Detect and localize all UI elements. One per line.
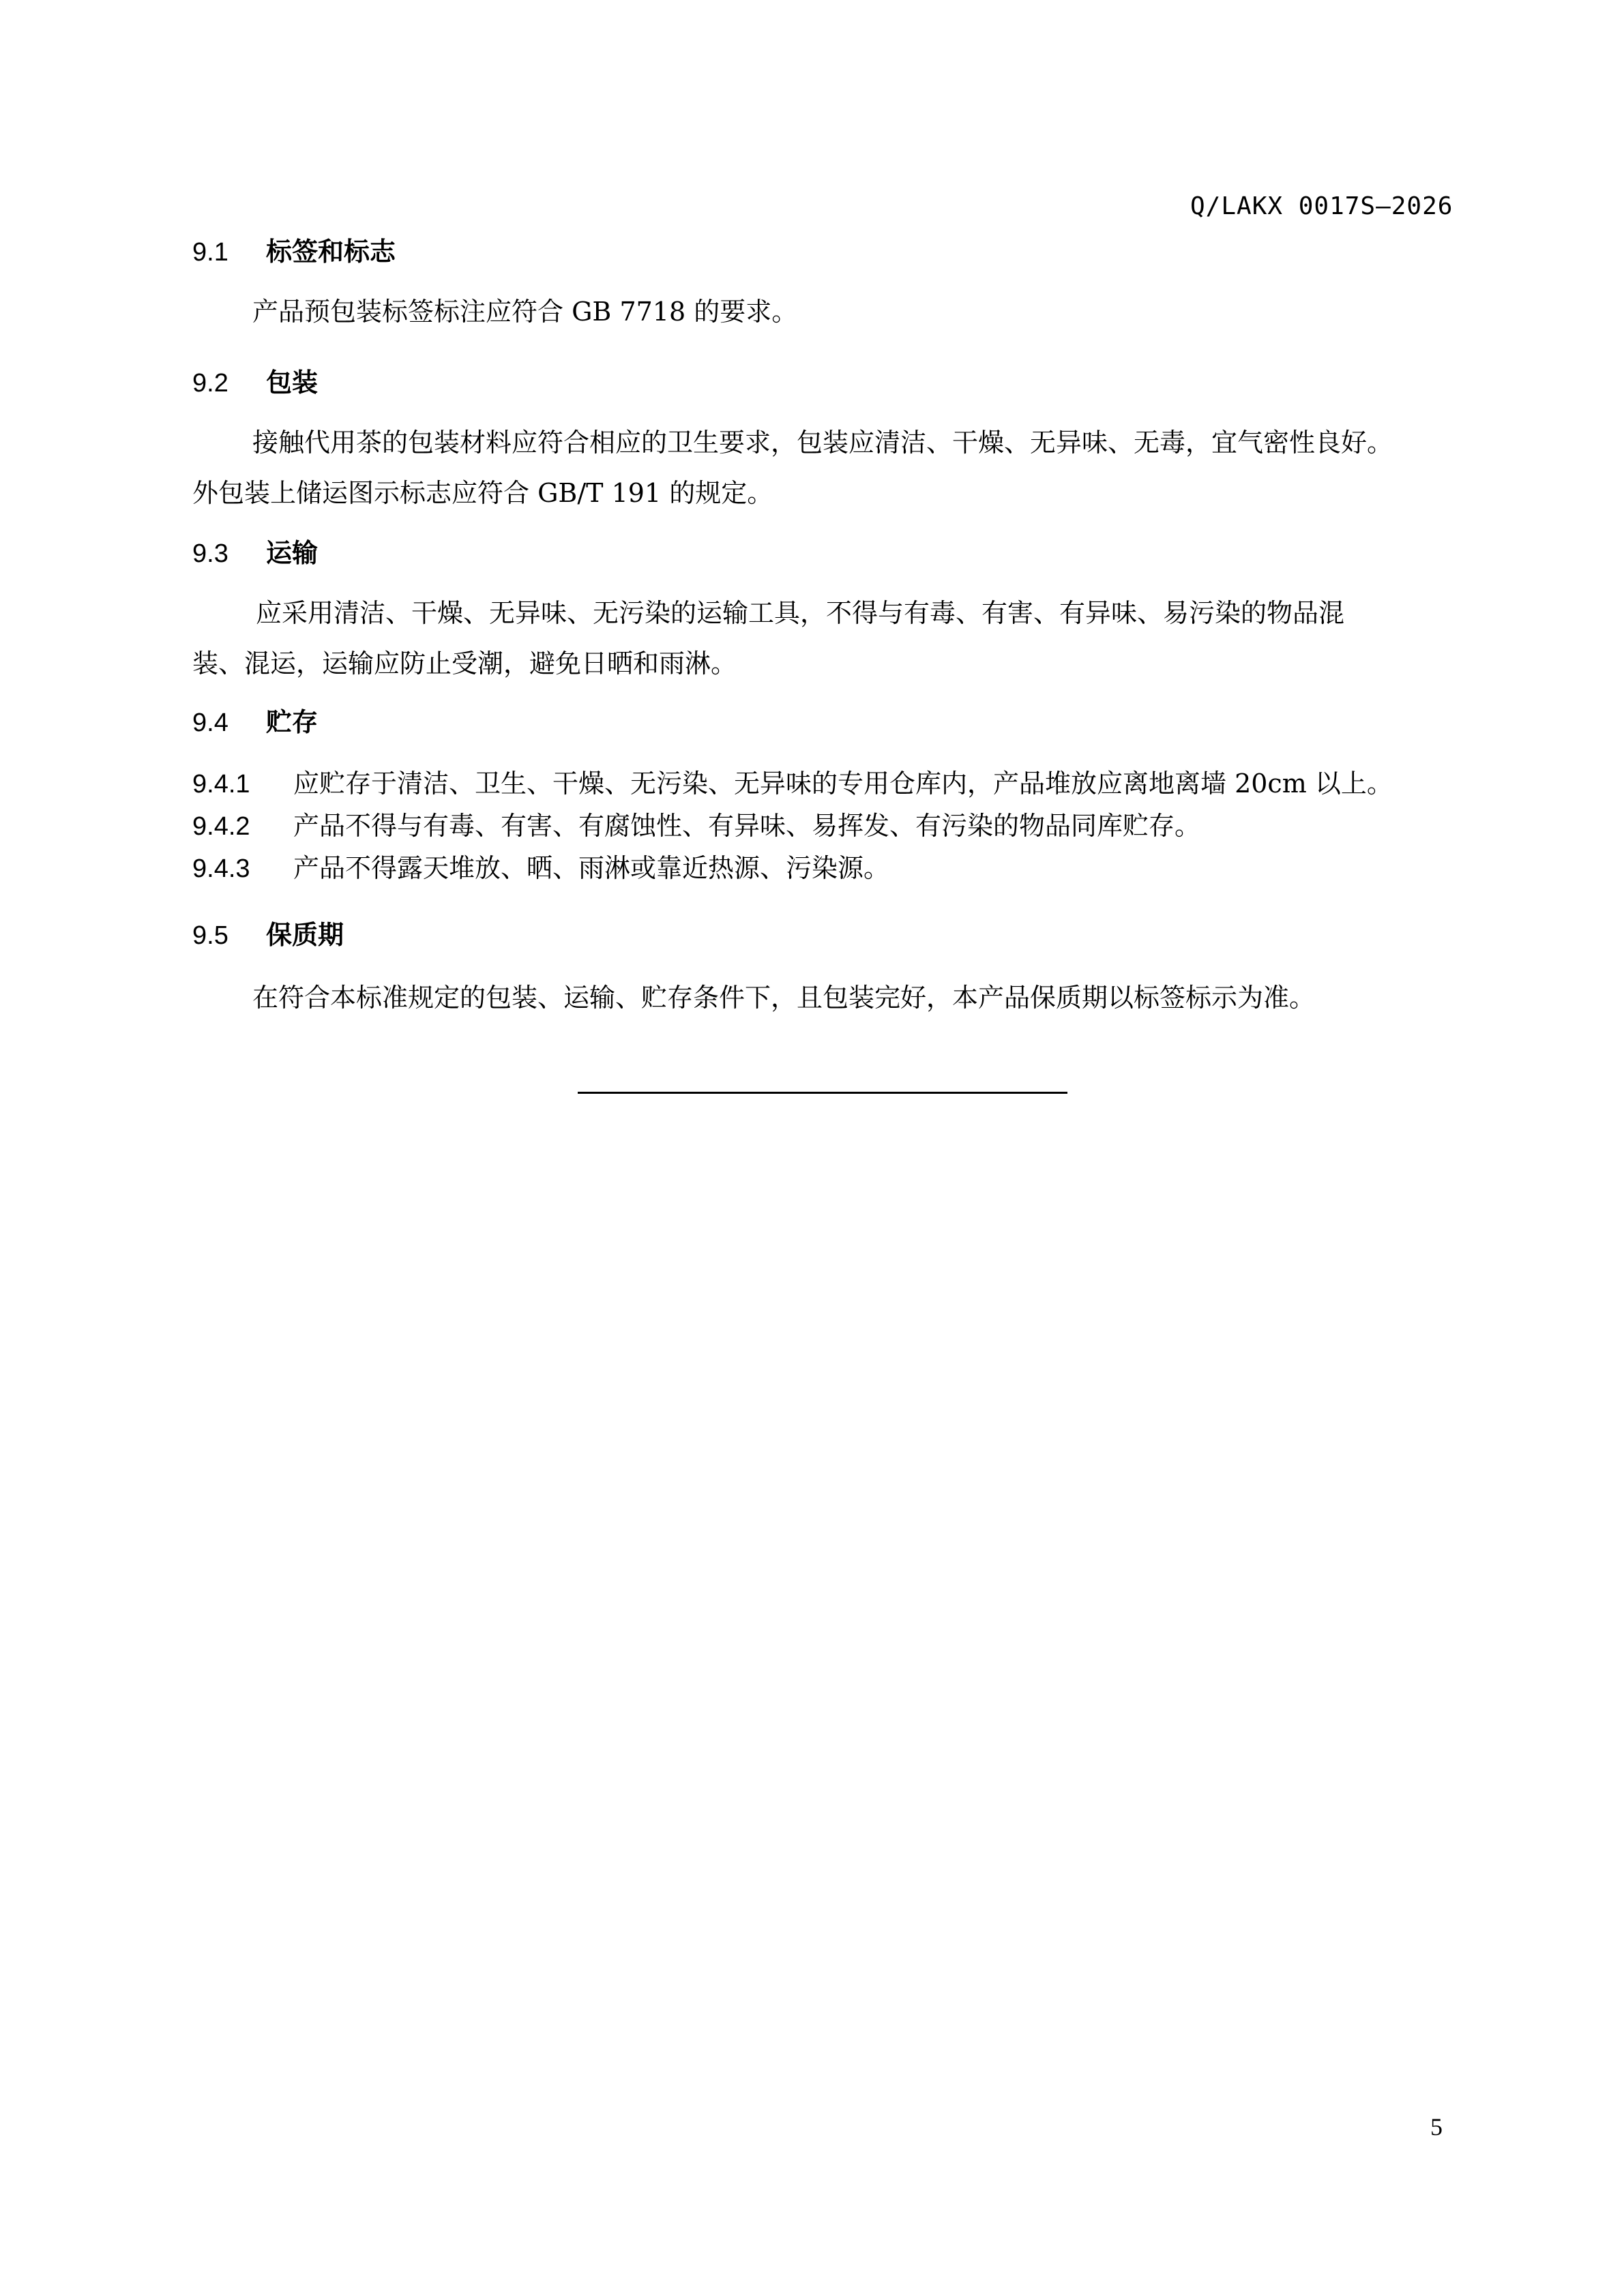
paragraph: 在符合本标准规定的包装、运输、贮存条件下，且包装完好，本产品保质期以标签标示为准…: [252, 972, 1315, 1023]
section-title: 标签和标志: [266, 237, 396, 267]
section-number: 9.4: [192, 709, 266, 738]
section-heading-9-4: 9.4贮存: [192, 701, 318, 739]
end-of-document-rule: [578, 1092, 1067, 1094]
section-heading-9-2: 9.2包装: [192, 361, 318, 399]
section-title: 包装: [266, 368, 318, 398]
clause-number: 9.4.2: [192, 812, 293, 841]
section-heading-9-3: 9.3运输: [192, 532, 318, 569]
section-number: 9.5: [192, 921, 266, 951]
document-code: Q/LAKX 0017S—2026: [1190, 192, 1453, 220]
paragraph: 接触代用茶的包装材料应符合相应的卫生要求，包装应清洁、干燥、无异味、无毒，宜气密…: [252, 417, 1393, 468]
paragraph-continuation: 外包装上储运图示标志应符合 GB/T 191 的规定。: [192, 468, 773, 518]
paragraph-continuation: 装、混运，运输应防止受潮，避免日晒和雨淋。: [192, 638, 737, 689]
section-title: 运输: [266, 538, 318, 568]
section-title: 保质期: [266, 920, 344, 950]
clause-text: 产品不得露天堆放、晒、雨淋或靠近热源、污染源。: [293, 853, 889, 883]
page-number: 5: [1430, 2113, 1443, 2141]
section-number: 9.2: [192, 369, 266, 398]
section-heading-9-5: 9.5保质期: [192, 914, 344, 951]
clause-9-4-1: 9.4.1应贮存于清洁、卫生、干燥、无污染、无异味的专用仓库内，产品堆放应离地离…: [192, 762, 1393, 800]
section-heading-9-1: 9.1标签和标志: [192, 230, 396, 268]
section-title: 贮存: [266, 707, 318, 737]
paragraph: 应采用清洁、干燥、无异味、无污染的运输工具，不得与有毒、有害、有异味、易污染的物…: [256, 588, 1344, 638]
clause-text: 产品不得与有毒、有害、有腐蚀性、有异味、易挥发、有污染的物品同库贮存。: [293, 811, 1200, 841]
clause-9-4-3: 9.4.3产品不得露天堆放、晒、雨淋或靠近热源、污染源。: [192, 847, 889, 884]
section-number: 9.3: [192, 539, 266, 569]
paragraph: 产品预包装标签标注应符合 GB 7718 的要求。: [252, 286, 797, 337]
clause-text: 应贮存于清洁、卫生、干燥、无污染、无异味的专用仓库内，产品堆放应离地离墙 20c…: [293, 769, 1393, 799]
section-number: 9.1: [192, 238, 266, 267]
clause-number: 9.4.1: [192, 770, 293, 799]
clause-number: 9.4.3: [192, 854, 293, 884]
clause-9-4-2: 9.4.2产品不得与有毒、有害、有腐蚀性、有异味、易挥发、有污染的物品同库贮存。: [192, 805, 1200, 842]
